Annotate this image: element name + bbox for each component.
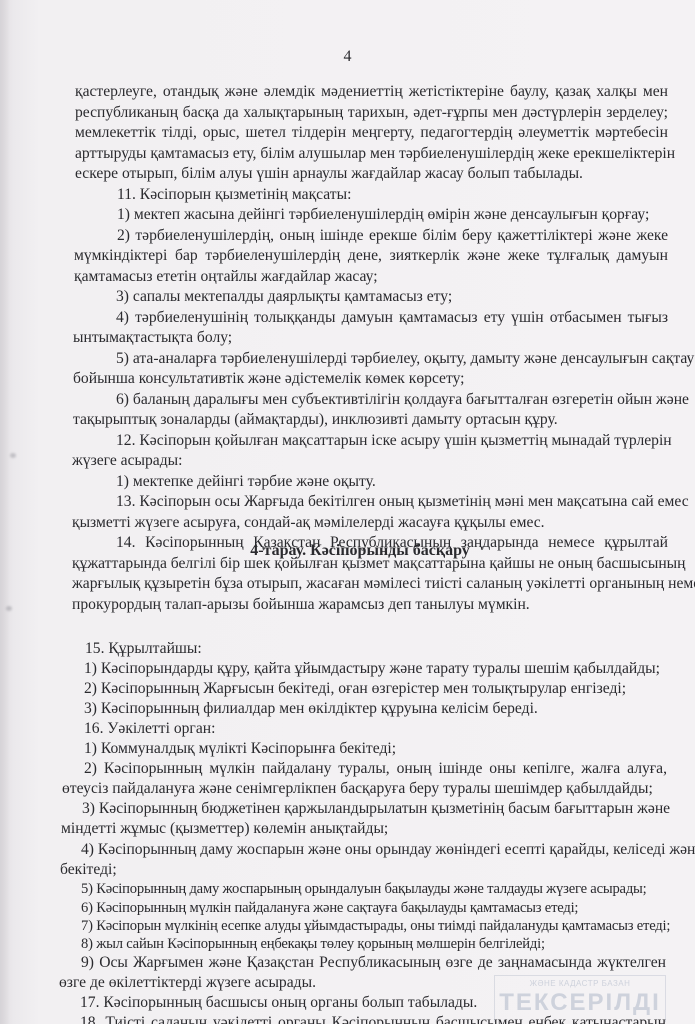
text-line: тақырыптық зоналарды (аймақтарды), инклю… <box>73 411 667 429</box>
page-edge-shadow <box>0 0 10 1024</box>
text-line: 2) тәрбиеленушілердің, оның ішінде ерекш… <box>117 227 668 245</box>
text-line: бекітеді; <box>60 861 660 879</box>
paragraph-11-heading: 11. Кәсіпорын қызметінің мақсаты: <box>117 186 667 204</box>
text-line: арттыруды қамтамасыз ету, білім алушылар… <box>75 145 668 163</box>
page-number: 4 <box>0 48 695 66</box>
text-line: жүзеге асырады: <box>72 452 666 470</box>
text-line: 7) Кәсіпорын мүлкінің есепке алуды ұйымд… <box>81 917 666 935</box>
text-line: 3) Кәсіпорынның филиалдар мен өкілдіктер… <box>84 700 654 718</box>
text-line: ескере отырып, білім алуы үшін арнаулы ж… <box>75 165 668 183</box>
text-line: қастерлеуге, отандық және әлемдік мәдени… <box>75 83 668 101</box>
text-line: 1) мектепке дейінгі тәрбие және оқыту. <box>116 473 666 491</box>
text-line: 3) сапалы мектепалды даярлықты қамтамасы… <box>116 288 667 306</box>
text-line: 1) Кәсіпорындарды құру, қайта ұйымдастыр… <box>84 660 654 678</box>
text-line: 8) жыл сайын Кәсіпорынның еңбекақы төлеу… <box>81 935 666 953</box>
text-line: республиканың басқа да халықтарының тари… <box>75 104 668 122</box>
scan-smudge <box>10 453 16 458</box>
stamp-top-text: ЖӘНЕ КАДАСТР БАЗАН <box>495 979 665 989</box>
text-line: бойынша консультативтік және әдістемелік… <box>73 370 667 388</box>
text-line: 9) Осы Жарғымен және Қазақстан Республик… <box>81 954 666 972</box>
paragraph-15-heading: 15. Құрылтайшы: <box>85 640 655 658</box>
section-heading: 4-тарау. Кәсіпорынды басқару <box>0 542 695 560</box>
text-line: міндетті жұмыс (қызметтер) көлемін анықт… <box>61 820 661 838</box>
scanned-page: 4 қастерлеуге, отандық және әлемдік мәде… <box>0 0 695 1024</box>
paragraph-12: 12. Кәсіпорын қойылған мақсаттарын іске … <box>116 432 668 450</box>
text-line: қызметті жүзеге асыруға, сондай-ақ мәміл… <box>72 514 666 532</box>
text-line: жарғылық құзыретін бұза отырып, жасаған … <box>72 575 668 593</box>
scan-smudge <box>6 606 12 611</box>
text-line: 6) баланың даралығы мен субъективтілігін… <box>116 391 668 409</box>
text-line: қамтамасыз ететін оңтайлы жағдайлар жаса… <box>74 268 668 286</box>
text-line: 3) Кәсіпорынның бюджетінен қаржыландырыл… <box>82 800 667 818</box>
text-line: өтеусіз пайдалануға және сенімгерлікпен … <box>62 780 662 798</box>
paragraph-16-heading: 16. Уәкілетті орган: <box>84 720 654 738</box>
text-line: 1) мектеп жасына дейінгі тәрбиеленушілер… <box>117 206 667 224</box>
paragraph-13: 13. Кәсіпорын осы Жарғыда бекітілген оны… <box>116 493 668 511</box>
text-line: мүмкіндіктері бар тәрбиеленушілердің ден… <box>74 247 668 265</box>
text-line: 1) Коммуналдық мүлікті Кәсіпорынға бекіт… <box>84 740 654 758</box>
text-line: 5) Кәсіпорынның даму жоспарының орындалу… <box>81 880 666 898</box>
text-line: 4) тәрбиеленушінің толыққанды дамуын қам… <box>116 309 668 327</box>
text-line: 5) ата-аналарға тәрбиеленушілерді тәрбие… <box>116 350 668 368</box>
stamp-main-text: ТЕКСЕРІЛДІ <box>495 989 665 1017</box>
text-line: 6) Кәсіпорынның мүлкін пайдалануға және … <box>81 899 666 917</box>
text-line: 4) Кәсіпорынның даму жоспарын және оны о… <box>81 841 667 859</box>
text-line: ынтымақтастықта болу; <box>73 329 667 347</box>
verification-stamp: ЖӘНЕ КАДАСТР БАЗАН ТЕКСЕРІЛДІ <box>494 975 666 1022</box>
text-line: 2) Кәсіпорынның Жарғысын бекітеді, оған … <box>84 680 654 698</box>
text-line: мемлекеттік тілді, орыс, шетел тілдерін … <box>75 124 668 142</box>
text-line: 2) Кәсіпорынның мүлкін пайдалану туралы,… <box>84 760 667 778</box>
text-line: прокурордың талап-арызы бойынша жарамсыз… <box>72 596 668 614</box>
